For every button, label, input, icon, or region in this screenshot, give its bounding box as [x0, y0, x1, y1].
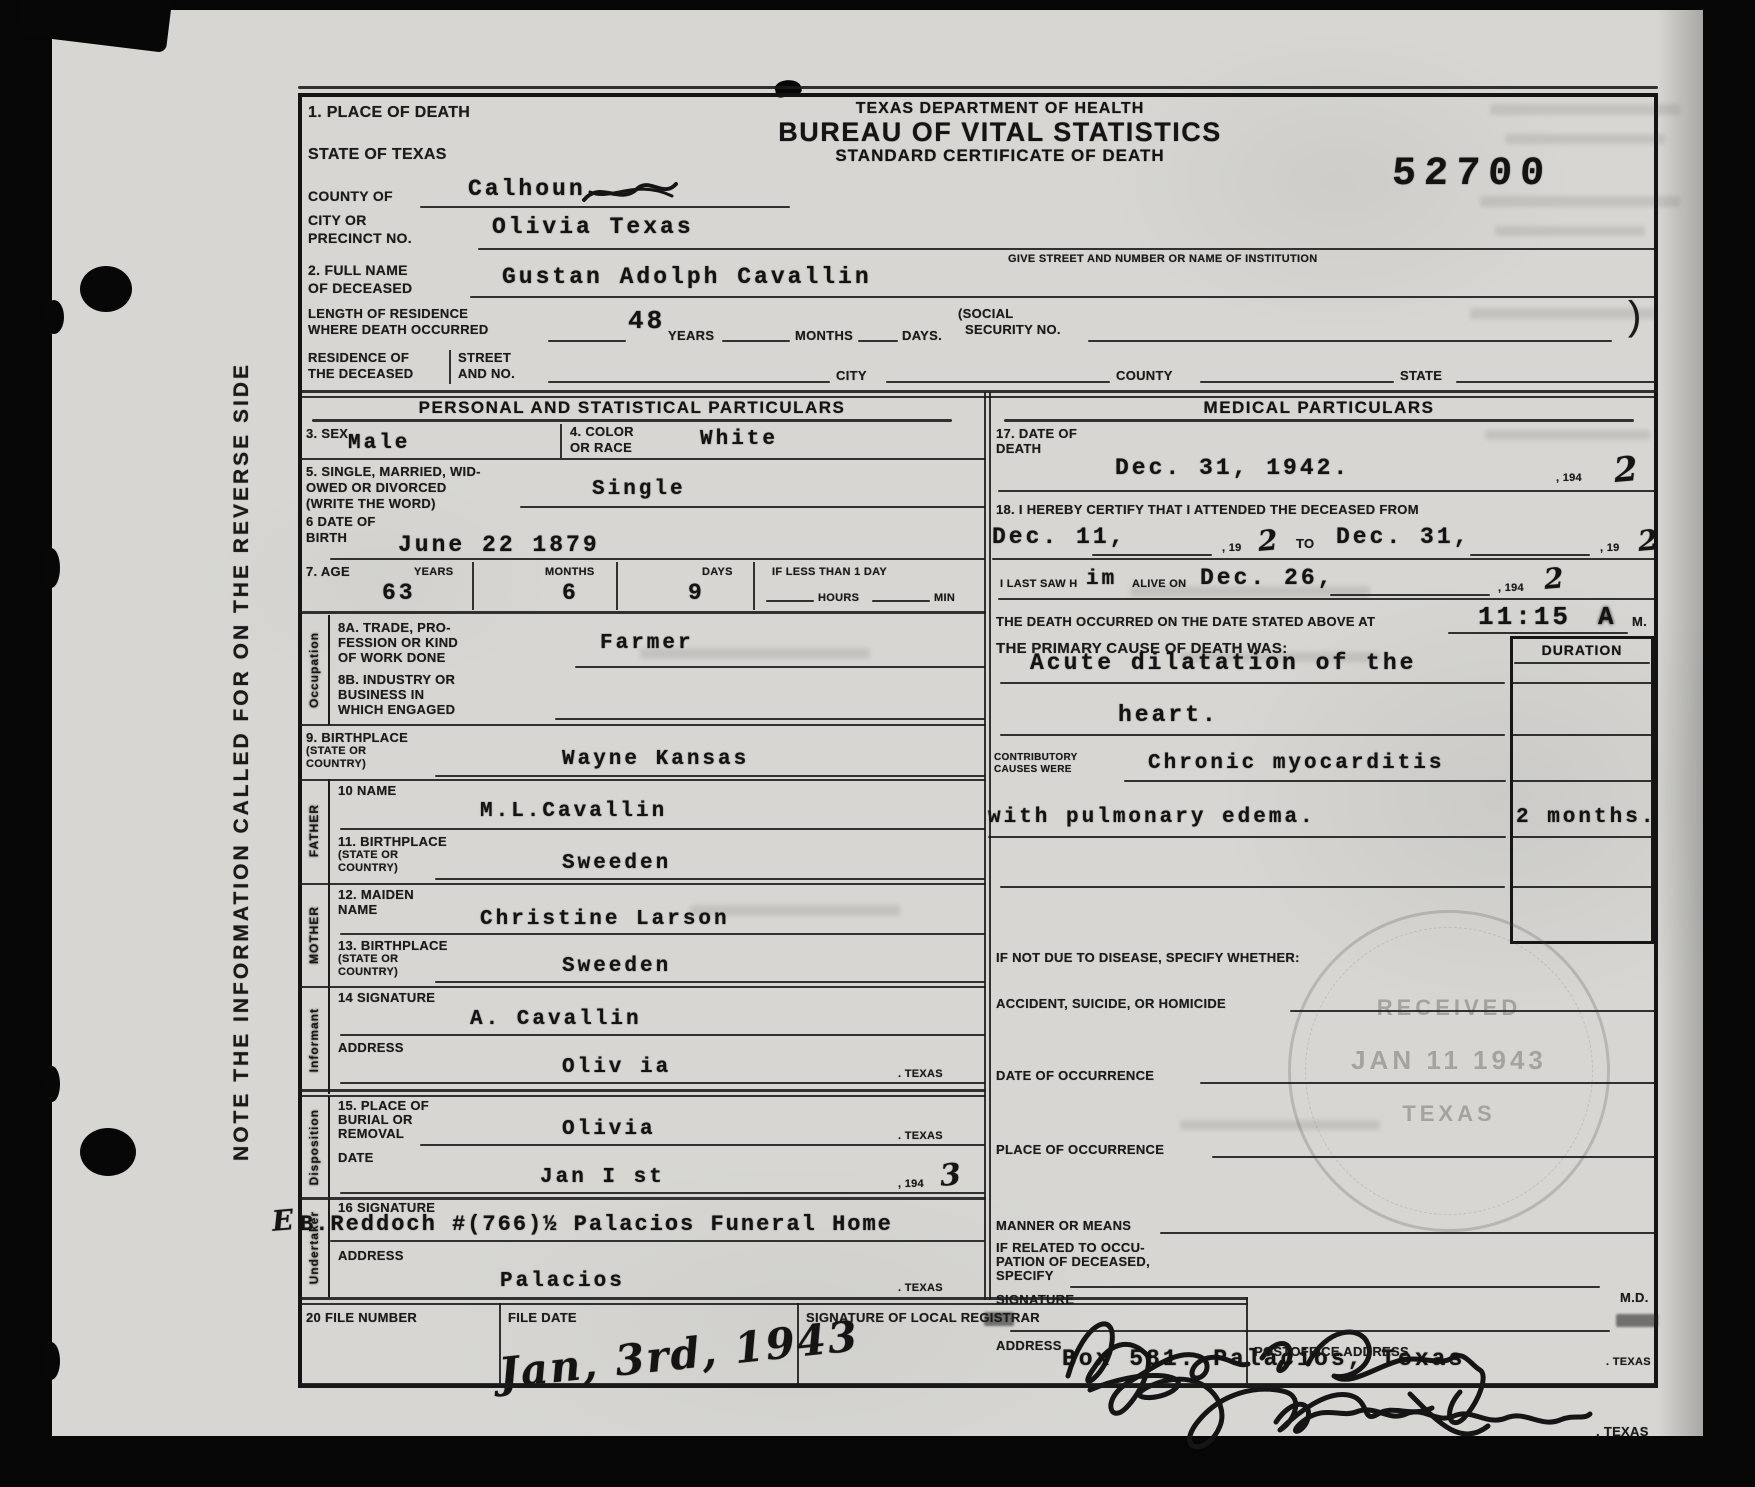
trade-label-3: OF WORK DONE [338, 650, 446, 665]
contributory-value-2: with pulmonary edema. [988, 806, 1316, 829]
ifless-label: IF LESS THAN 1 DAY [772, 566, 887, 578]
industry-underline [555, 718, 985, 720]
days-label: DAYS. [902, 328, 942, 343]
informant-group-cell: Informant [300, 986, 330, 1094]
county2-underline [1200, 381, 1394, 383]
date-of-death-underline [998, 490, 1656, 492]
duration-rule-5 [1512, 886, 1652, 888]
burial-year-print: , 194 [898, 1178, 924, 1190]
father-birthplace-label-1: 11. BIRTHPLACE [338, 834, 447, 849]
age-days-value: 9 [688, 580, 705, 606]
duration-rule-4 [1512, 836, 1652, 838]
burial-texas: . TEXAS [898, 1130, 943, 1142]
last-saw-year-handwritten: 2 [1543, 561, 1565, 596]
precinct-no-label: PRECINCT NO. [308, 230, 412, 246]
age-months-value: 6 [562, 580, 579, 606]
of-deceased-label: OF DECEASED [308, 280, 412, 296]
attended-to-value: Dec. 31, [1336, 524, 1470, 550]
dept-title: TEXAS DEPARTMENT OF HEALTH [660, 100, 1340, 118]
personal-title-underline [312, 419, 952, 422]
informant-address-underline [340, 1082, 985, 1084]
reslen-underline-b [722, 340, 790, 342]
birthplace-label-1: 9. BIRTHPLACE [306, 730, 408, 745]
marital-label-3: (WRITE THE WORD) [306, 496, 436, 511]
death-occurred-label: THE DEATH OCCURRED ON THE DATE STATED AB… [996, 614, 1375, 629]
last-saw-blank-underline [1330, 594, 1490, 596]
city2-underline [886, 381, 1110, 383]
social-label: (SOCIAL [958, 306, 1014, 321]
disposition-group-label: Disposition [307, 1109, 321, 1185]
duration-rule-2 [1512, 734, 1652, 736]
state-of-texas-label: STATE OF TEXAS [308, 146, 447, 164]
to-blank-underline [1470, 554, 1590, 556]
county-value: Calhoun [468, 176, 586, 202]
mother-birthplace-label-3: COUNTRY) [338, 966, 398, 978]
months-label: MONTHS [795, 328, 853, 343]
to-year-handwritten: 2 [1637, 523, 1659, 558]
occupation-bottom-rule [298, 724, 986, 726]
and-no-label: AND NO. [458, 366, 515, 381]
bottom-texas-label: , TEXAS [1596, 1424, 1649, 1439]
years-label: YEARS [668, 328, 714, 343]
last-saw-him-typed: im [1086, 568, 1117, 591]
maiden-value: Christine Larson [480, 908, 730, 931]
ifnot-label: IF NOT DUE TO DISEASE, SPECIFY WHETHER: [996, 950, 1300, 965]
age-years-label: YEARS [414, 566, 453, 578]
accident-underline [1290, 1010, 1656, 1012]
from-blank-underline [1092, 554, 1212, 556]
age-bottom-rule [298, 611, 986, 614]
length-residence-label-1: LENGTH OF RESIDENCE [308, 306, 468, 321]
birthplace-label-3: COUNTRY) [306, 758, 366, 770]
date-occurrence-underline [1200, 1082, 1656, 1084]
manner-underline [1160, 1232, 1656, 1234]
city2-label: CITY [836, 368, 867, 383]
duration-rule-1 [1512, 682, 1652, 684]
mother-group-label: MOTHER [307, 906, 321, 964]
informant-group-label: Informant [307, 1008, 321, 1072]
state2-label: STATE [1400, 368, 1442, 383]
dob-label-2: BIRTH [306, 530, 347, 545]
place-of-death-label: 1. PLACE OF DEATH [308, 104, 470, 122]
length-residence-label-2: WHERE DEATH OCCURRED [308, 322, 489, 337]
paper-edge-nick [42, 548, 60, 588]
maiden-label-2: NAME [338, 902, 377, 917]
related-label-3: SPECIFY [996, 1268, 1054, 1283]
last-saw-year-print: , 194 [1498, 582, 1524, 594]
dob-label-1: 6 DATE OF [306, 514, 376, 529]
date-occurrence-label: DATE OF OCCURRENCE [996, 1068, 1154, 1083]
marital-label-2: OWED OR DIVORCED [306, 480, 447, 495]
age-days-label: DAYS [702, 566, 733, 578]
full-name-label: 2. FULL NAME [308, 262, 408, 278]
father-birthplace-label-3: COUNTRY) [338, 862, 398, 874]
burial-label-2: BURIAL OR [338, 1112, 413, 1127]
min-underline [872, 600, 930, 602]
burial-date-underline [340, 1192, 985, 1194]
min-label: MIN [934, 592, 955, 604]
reslen-underline-c [858, 340, 898, 342]
row34-rule [298, 458, 986, 460]
related-label-2: PATION OF DECEASED, [996, 1254, 1150, 1269]
father-birthplace-value: Sweeden [562, 852, 671, 875]
paper-edge-nick [44, 300, 64, 334]
marital-label-1: 5. SINGLE, MARRIED, WID- [306, 464, 481, 479]
informant-address-texas: . TEXAS [898, 1068, 943, 1080]
duration-header-rule [1514, 662, 1650, 664]
birthplace-label-2: (STATE OR [306, 745, 366, 757]
dob-value: June 22 1879 [398, 532, 600, 558]
cause-line-2: heart. [1118, 702, 1219, 728]
father-group-cell: FATHER [300, 779, 330, 883]
death-time-value: 11:15 [1478, 602, 1571, 632]
stamp-date-text: JAN 11 1943 [1291, 1045, 1607, 1076]
city-underline [478, 248, 1656, 250]
full-name-underline [470, 296, 1656, 298]
last-saw-underline [998, 598, 1656, 600]
death-time-m: M. [1632, 614, 1647, 629]
security-no-label: SECURITY NO. [965, 322, 1061, 337]
birthplace-underline [435, 775, 985, 777]
received-stamp: RECEIVED JAN 11 1943 TEXAS [1288, 910, 1610, 1232]
street-label: STREET [458, 350, 511, 365]
column-divider-2 [989, 392, 991, 1300]
file-date-label: FILE DATE [508, 1310, 577, 1325]
scanned-death-certificate: NOTE THE INFORMATION CALLED FOR ON THE R… [0, 0, 1755, 1487]
city-value: Olivia Texas [492, 214, 694, 240]
disposition-top-rule-2 [298, 1095, 986, 1097]
informant-top-rule [298, 986, 986, 988]
maiden-underline [340, 933, 985, 935]
punch-hole-top [80, 266, 132, 312]
hours-underline [766, 600, 814, 602]
personal-section-title: PERSONAL AND STATISTICAL PARTICULARS [312, 398, 952, 418]
cause-line-1: Acute dilatation of the [1030, 650, 1416, 676]
burial-value: Olivia [562, 1118, 656, 1141]
occupation-group-label: Occupation [307, 632, 321, 708]
father-group-label: FATHER [307, 804, 321, 857]
cause-underline-1 [1000, 682, 1505, 684]
age-label: 7. AGE [306, 564, 350, 579]
death-time-underline [1448, 632, 1628, 634]
informant-address-label: ADDRESS [338, 1040, 404, 1055]
father-name-underline [340, 828, 985, 830]
medical-title-underline [1004, 419, 1634, 422]
informant-address-value: Oliv ia [562, 1056, 671, 1079]
maiden-label-1: 12. MAIDEN [338, 887, 414, 902]
death-time-a: A [1598, 602, 1617, 632]
county-of-label: COUNTY OF [308, 188, 393, 204]
father-name-value: M.L.Cavallin [480, 800, 667, 823]
stamp-received-text: RECEIVED [1291, 995, 1607, 1021]
contributory-label-1: CONTRIBUTORY [994, 752, 1078, 763]
ssn-underline [1088, 340, 1612, 342]
cause-underline-2 [1000, 734, 1505, 736]
place-occurrence-underline [1212, 1156, 1656, 1158]
contributory-value-1: Chronic myocarditis [1148, 752, 1444, 775]
age-divider-1 [472, 562, 474, 610]
to-year-print: , 19 [1600, 542, 1620, 554]
attended-from-value: Dec. 11, [992, 524, 1126, 550]
last-saw-value: Dec. 26, [1200, 565, 1334, 591]
death-year-print: , 194 [1556, 472, 1582, 484]
form-top-rule [298, 86, 1658, 89]
length-residence-value: 48 [628, 306, 665, 336]
trade-label-2: FESSION OR KIND [338, 635, 458, 650]
dob-underline [330, 558, 985, 560]
undertaker-address-value: Palacios [500, 1270, 625, 1293]
father-top-rule [298, 779, 986, 781]
reverse-side-note: NOTE THE INFORMATION CALLED FOR ON THE R… [222, 318, 262, 1204]
last-saw-label-2: ALIVE ON [1132, 578, 1186, 590]
undertaker-address-label: ADDRESS [338, 1248, 404, 1263]
undertaker-address-texas: . TEXAS [898, 1282, 943, 1294]
disposition-top-rule [298, 1089, 986, 1092]
certify-label: 18. I HEREBY CERTIFY THAT I ATTENDED THE… [996, 502, 1419, 517]
mother-birthplace-label-1: 13. BIRTHPLACE [338, 938, 448, 953]
form-bottom-border [298, 1383, 1658, 1388]
industry-label-1: 8B. INDUSTRY OR [338, 672, 455, 687]
the-deceased-label: THE DECEASED [308, 366, 413, 381]
stray-e-mark: E [271, 1203, 295, 1238]
state2-underline [1456, 381, 1656, 383]
marital-underline [520, 506, 985, 508]
trade-label-1: 8A. TRADE, PRO- [338, 620, 451, 635]
sex-label: 3. SEX [306, 426, 348, 441]
burial-date-value: Jan I st [540, 1166, 665, 1189]
residence-divider [449, 350, 451, 384]
burial-underline [420, 1144, 985, 1146]
date-of-death-label-1: 17. DATE OF [996, 426, 1077, 441]
full-name-value: Gustan Adolph Cavallin [502, 264, 872, 290]
burial-label-1: 15. PLACE OF [338, 1098, 429, 1113]
paper-edge-shadow [1657, 10, 1703, 1436]
physician-address-texas: . TEXAS [1606, 1356, 1651, 1368]
hours-label: HOURS [818, 592, 859, 604]
certificate-title: STANDARD CERTIFICATE OF DEATH [660, 146, 1340, 166]
trade-value: Farmer [600, 632, 694, 655]
disposition-group-cell: Disposition [300, 1096, 330, 1198]
street-underline [548, 381, 830, 383]
father-birthplace-label-2: (STATE OR [338, 849, 398, 861]
reslen-underline-a [548, 340, 626, 342]
father-birthplace-underline [435, 878, 985, 880]
color-label-1: 4. COLOR [570, 424, 634, 439]
to-label: TO [1296, 536, 1314, 551]
manner-label: MANNER OR MEANS [996, 1218, 1131, 1233]
contributory-underline-1 [1124, 780, 1506, 782]
from-year-print: , 19 [1222, 542, 1242, 554]
birthplace-value: Wayne Kansas [562, 748, 749, 771]
undertaker-signature-underline [330, 1240, 985, 1242]
residence-of-label: RESIDENCE OF [308, 350, 409, 365]
sex-color-divider [560, 424, 562, 458]
undertaker-signature-value: B.Reddoch #(766)½ Palacios Funeral Home [300, 1212, 893, 1237]
from-year-handwritten: 2 [1257, 523, 1279, 558]
cause-blank-underline [1000, 886, 1505, 888]
burial-year-handwritten: 3 [939, 1157, 963, 1194]
county2-label: COUNTY [1116, 368, 1173, 383]
death-year-handwritten: 2 [1612, 449, 1639, 491]
medical-section-title: MEDICAL PARTICULARS [1004, 398, 1634, 418]
related-label-1: IF RELATED TO OCCU- [996, 1240, 1145, 1255]
column-divider [984, 392, 986, 1300]
mother-birthplace-label-2: (STATE OR [338, 953, 398, 965]
section-rule [298, 390, 1658, 393]
stamp-texas-text: TEXAS [1291, 1101, 1607, 1127]
father-name-label: 10 NAME [338, 783, 396, 798]
last-saw-label-1: I LAST SAW H [1000, 578, 1078, 590]
burial-date-label: DATE [338, 1150, 374, 1165]
duration-value: 2 months. [1516, 806, 1656, 829]
industry-label-2: BUSINESS IN [338, 687, 424, 702]
paper-edge-nick [44, 1066, 60, 1102]
punch-hole-bottom [80, 1128, 136, 1176]
marital-value: Single [592, 478, 686, 501]
age-divider-2 [616, 562, 618, 610]
md-smudge [1616, 1314, 1658, 1327]
mother-group-cell: MOTHER [300, 883, 330, 986]
file-number-label: 20 FILE NUMBER [306, 1310, 417, 1325]
informant-signature-underline [340, 1034, 985, 1036]
bureau-title: BUREAU OF VITAL STATISTICS [660, 117, 1340, 148]
county-strike-scribble [580, 172, 680, 210]
city-or-label: CITY OR [308, 212, 367, 228]
accident-label: ACCIDENT, SUICIDE, OR HOMICIDE [996, 996, 1226, 1011]
date-of-death-label-2: DEATH [996, 441, 1041, 456]
county-underline [420, 206, 790, 208]
mother-top-rule [298, 883, 986, 885]
sex-value: Male [348, 432, 410, 455]
industry-label-3: WHICH ENGAGED [338, 702, 455, 717]
md-label: M.D. [1620, 1290, 1649, 1305]
color-value: White [700, 428, 778, 451]
contributory-label-2: CAUSES WERE [994, 764, 1072, 775]
date-of-death-value: Dec. 31, 1942. [1115, 455, 1350, 481]
mother-birthplace-underline [435, 981, 985, 983]
age-months-label: MONTHS [545, 566, 594, 578]
attended-row-underline [992, 558, 1656, 560]
give-street-note: GIVE STREET AND NUMBER OR NAME OF INSTIT… [1008, 253, 1317, 265]
trade-underline [575, 666, 985, 668]
physician-address-label: ADDRESS [996, 1338, 1062, 1353]
age-divider-3 [753, 562, 755, 610]
occupation-group-cell: Occupation [300, 615, 330, 725]
certificate-number: 52700 [1391, 152, 1553, 197]
mother-birthplace-value: Sweeden [562, 955, 671, 978]
paper-edge-nick [42, 1342, 60, 1380]
duration-label: DURATION [1510, 642, 1654, 658]
contributory-underline-2 [988, 836, 1506, 838]
age-years-value: 63 [382, 580, 416, 606]
color-label-2: OR RACE [570, 440, 632, 455]
reverse-side-note-text: NOTE THE INFORMATION CALLED FOR ON THE R… [230, 362, 254, 1161]
informant-signature-value: A. Cavallin [470, 1008, 642, 1031]
paren-close: ) [1628, 294, 1642, 339]
place-occurrence-label: PLACE OF OCCURRENCE [996, 1142, 1164, 1157]
informant-signature-label: 14 SIGNATURE [338, 990, 435, 1005]
duration-rule-3 [1512, 780, 1652, 782]
burial-label-3: REMOVAL [338, 1126, 404, 1141]
